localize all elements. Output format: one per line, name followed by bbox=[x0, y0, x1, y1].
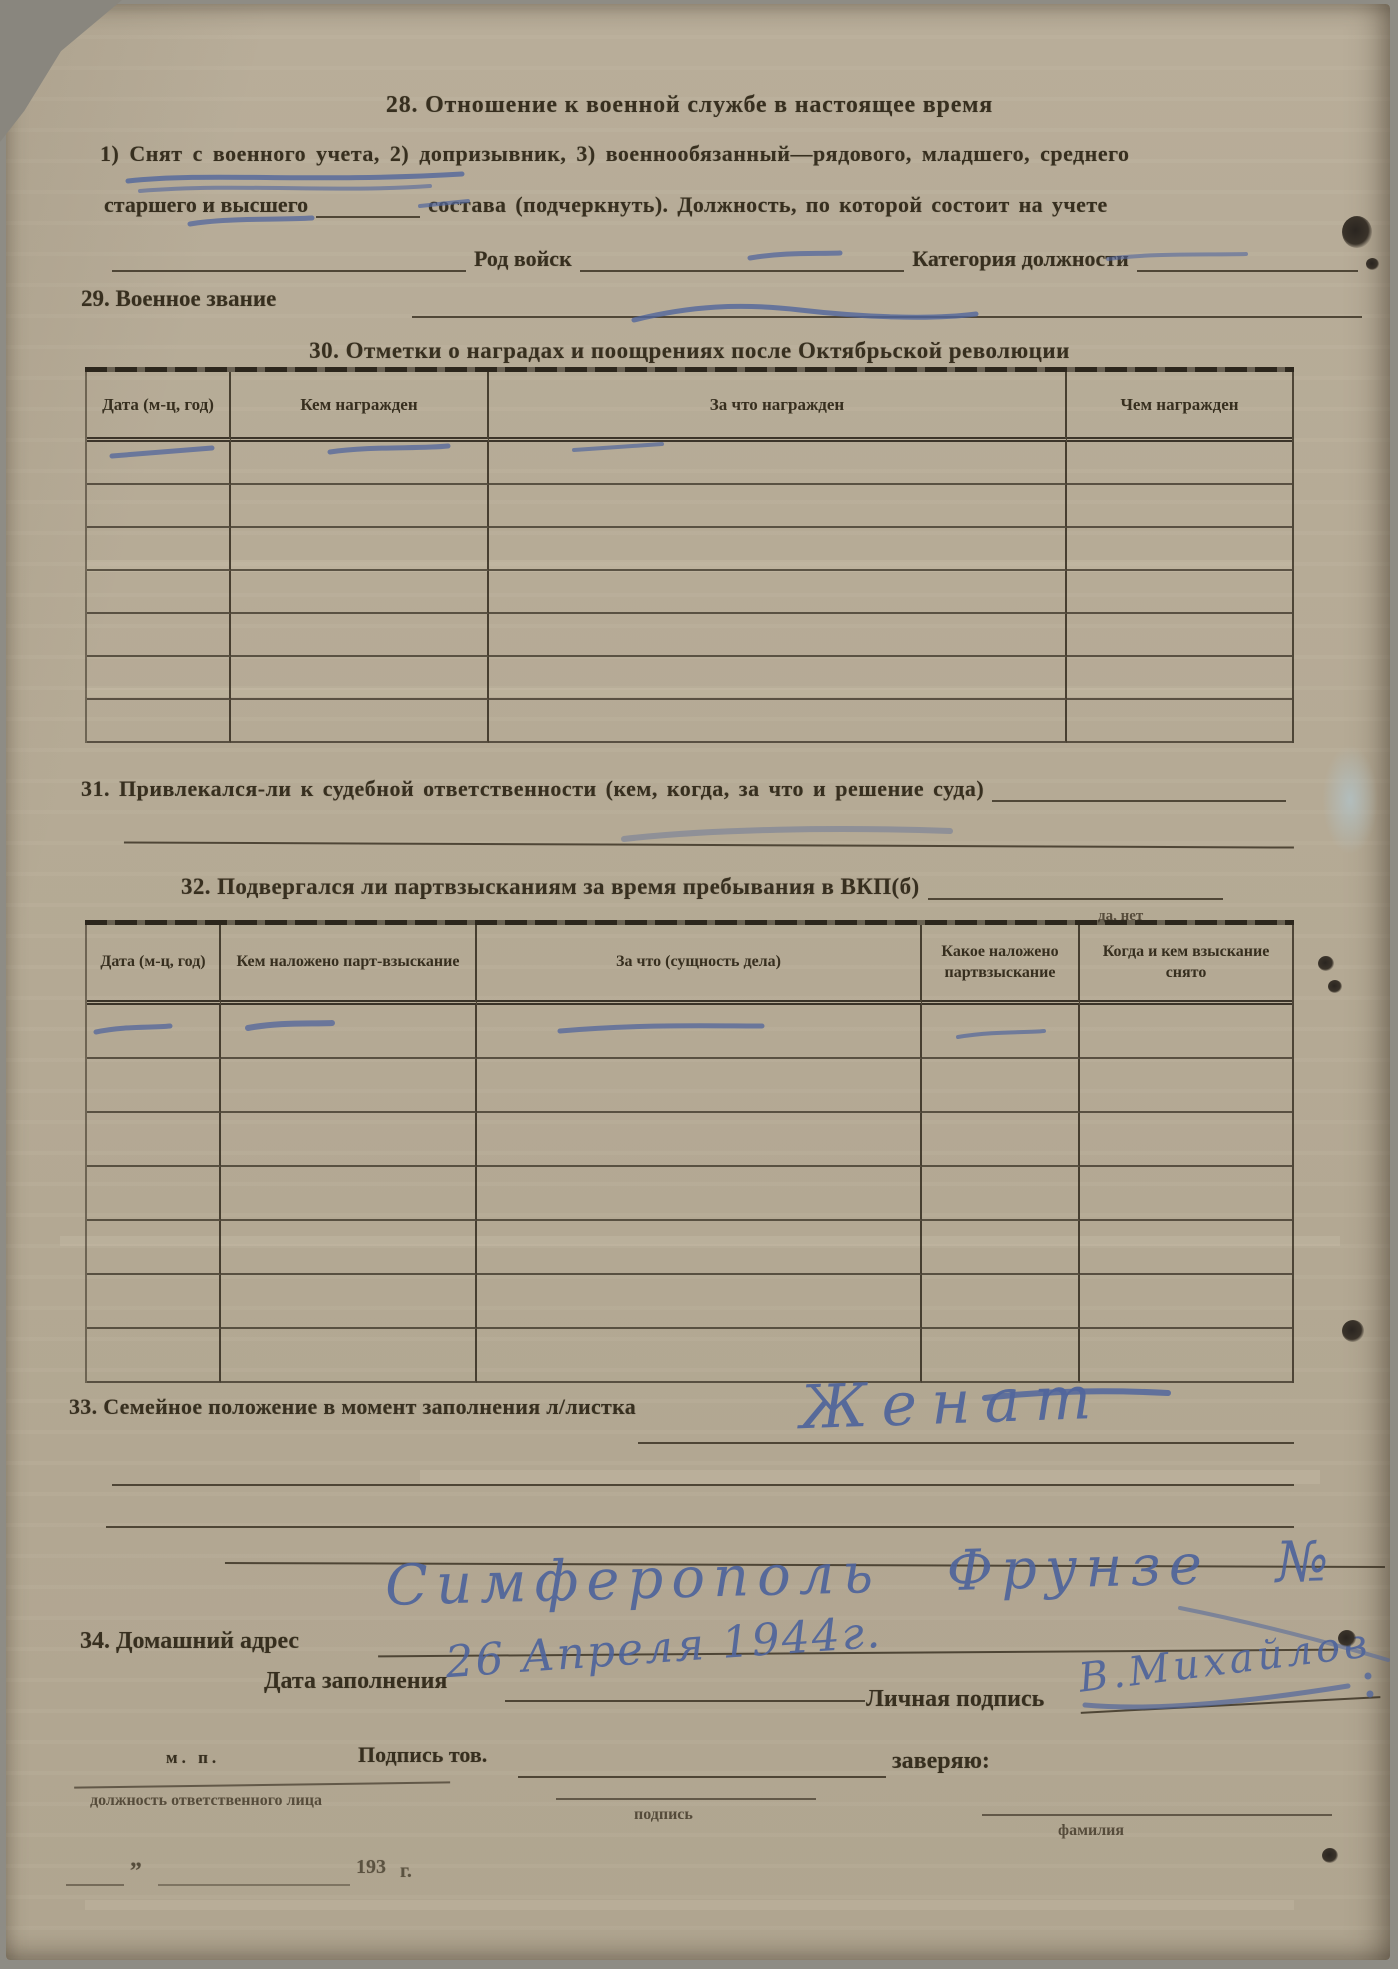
punch-hole bbox=[1338, 1630, 1356, 1647]
t30-col-date: Дата (м-ц, год) bbox=[87, 372, 231, 442]
table-cell bbox=[489, 442, 1067, 485]
table-cell bbox=[922, 1275, 1080, 1329]
table-cell bbox=[1067, 700, 1292, 743]
blank-line bbox=[992, 778, 1286, 802]
section28-line2b: состава (подчеркнуть). Должность, по кот… bbox=[428, 192, 1108, 218]
table-cell bbox=[231, 571, 489, 614]
table-cell bbox=[231, 442, 489, 485]
table-cell bbox=[1067, 657, 1292, 700]
table-cell bbox=[922, 1005, 1080, 1059]
section28-line1: 1) Снят с военного учета, 2) допризывник… bbox=[100, 141, 1130, 167]
table-cell bbox=[231, 614, 489, 657]
table-cell bbox=[221, 1113, 477, 1167]
table-cell bbox=[231, 528, 489, 571]
zaveryayu-label: заверяю: bbox=[892, 1748, 990, 1775]
blank-line bbox=[316, 194, 420, 218]
party-penalty-table: Дата (м-ц, год) Кем наложено парт-взыска… bbox=[85, 925, 1294, 1383]
table-cell bbox=[221, 1059, 477, 1113]
table-cell bbox=[87, 657, 231, 700]
table-cell bbox=[477, 1167, 922, 1221]
table-cell bbox=[477, 1221, 922, 1275]
table-cell bbox=[489, 657, 1067, 700]
familia-hint: фамилия bbox=[1058, 1822, 1124, 1840]
t32-col-date: Дата (м-ц, год) bbox=[87, 925, 221, 1005]
table-cell bbox=[922, 1167, 1080, 1221]
t30-col-with-what: Чем награжден bbox=[1067, 372, 1292, 442]
table-cell bbox=[87, 571, 231, 614]
section33-label: 33. Семейное положение в момент заполнен… bbox=[69, 1394, 636, 1420]
table-cell bbox=[221, 1005, 477, 1059]
table-cell bbox=[922, 1113, 1080, 1167]
table-cell bbox=[87, 1167, 221, 1221]
table-cell bbox=[1080, 1167, 1292, 1221]
table-cell bbox=[1067, 485, 1292, 528]
section28-title: 28. Отношение к военной службе в настоящ… bbox=[85, 92, 1294, 119]
table-cell bbox=[87, 1113, 221, 1167]
table-cell bbox=[1067, 571, 1292, 614]
blank-line bbox=[66, 1862, 124, 1886]
scanned-form-page: { "page": { "colors": { "ink": "#372f1f"… bbox=[0, 0, 1398, 1969]
table-cell bbox=[489, 614, 1067, 657]
marital-status-handwriting: Женат bbox=[799, 1363, 1106, 1444]
blank-line bbox=[518, 1752, 886, 1778]
table-cell bbox=[922, 1059, 1080, 1113]
table-cell bbox=[87, 614, 231, 657]
podpis-hint: подпись bbox=[634, 1806, 693, 1824]
t32-col-reason: За что (сущность дела) bbox=[477, 925, 922, 1005]
blank-line bbox=[158, 1862, 350, 1886]
table-cell bbox=[922, 1221, 1080, 1275]
table-cell bbox=[221, 1167, 477, 1221]
section29-label: 29. Военное звание bbox=[81, 286, 276, 312]
t32-col-imposed-by: Кем наложено парт-взыскание bbox=[221, 925, 477, 1005]
personal-signature-label: Личная подпись bbox=[866, 1686, 1044, 1713]
blank-line bbox=[1137, 248, 1358, 272]
table-cell bbox=[1080, 1329, 1292, 1383]
blank-line bbox=[580, 248, 905, 272]
table-cell bbox=[477, 1005, 922, 1059]
table-cell bbox=[231, 657, 489, 700]
table-cell bbox=[87, 1275, 221, 1329]
t30-col-by-whom: Кем награжден bbox=[231, 372, 489, 442]
table-cell bbox=[1080, 1113, 1292, 1167]
section31-label: 31. Привлекался-ли к судебной ответствен… bbox=[81, 776, 984, 802]
blank-line bbox=[106, 1504, 1294, 1528]
punch-hole bbox=[1328, 980, 1342, 993]
kategoria-label: Категория должности bbox=[912, 246, 1128, 272]
table-cell bbox=[221, 1329, 477, 1383]
year-suffix: г. bbox=[400, 1860, 412, 1883]
table-cell bbox=[1080, 1059, 1292, 1113]
table-cell bbox=[1067, 528, 1292, 571]
blank-line bbox=[124, 817, 1294, 848]
table-cell bbox=[1067, 442, 1292, 485]
punch-hole bbox=[1366, 258, 1379, 270]
blank-line bbox=[556, 1776, 816, 1800]
awards-table: Дата (м-ц, год) Кем награжден За что наг… bbox=[85, 372, 1294, 743]
punch-hole bbox=[1342, 216, 1372, 248]
table-cell bbox=[477, 1113, 922, 1167]
blank-line bbox=[112, 248, 466, 272]
table-cell bbox=[87, 700, 231, 743]
punch-hole bbox=[1342, 1320, 1364, 1342]
table-cell bbox=[1080, 1005, 1292, 1059]
punch-hole bbox=[1318, 956, 1334, 971]
t30-col-for-what: За что награжден bbox=[489, 372, 1067, 442]
table-cell bbox=[489, 528, 1067, 571]
blank-line bbox=[928, 876, 1223, 900]
table-cell bbox=[231, 485, 489, 528]
blank-line bbox=[505, 1678, 865, 1702]
section34-label: 34. Домашний адрес bbox=[80, 1628, 299, 1655]
table-cell bbox=[1080, 1221, 1292, 1275]
t32-col-lifted: Когда и кем взыскание снято bbox=[1080, 925, 1292, 1005]
table-cell bbox=[87, 1329, 221, 1383]
section30-title: 30. Отметки о наградах и поощрениях посл… bbox=[85, 338, 1294, 364]
table-cell bbox=[221, 1275, 477, 1329]
fill-date-label: Дата заполнения bbox=[264, 1668, 447, 1695]
table-cell bbox=[87, 485, 231, 528]
quote-mark: „ bbox=[130, 1846, 142, 1873]
table-cell bbox=[489, 700, 1067, 743]
table-cell bbox=[489, 485, 1067, 528]
table-cell bbox=[231, 700, 489, 743]
table-cell bbox=[1067, 614, 1292, 657]
paper-stain bbox=[1322, 745, 1378, 855]
section28-line2a: старшего и высшего bbox=[104, 192, 308, 218]
table-cell bbox=[221, 1221, 477, 1275]
table-cell bbox=[87, 1005, 221, 1059]
table-cell bbox=[477, 1275, 922, 1329]
table-cell bbox=[87, 1221, 221, 1275]
year-prefix: 193 bbox=[356, 1856, 386, 1879]
table-cell bbox=[477, 1059, 922, 1113]
role-hint: должность ответственного лица bbox=[90, 1792, 322, 1810]
rod-voysk-label: Род войск bbox=[474, 246, 572, 272]
blank-line bbox=[412, 292, 1362, 318]
table-cell bbox=[87, 528, 231, 571]
table-cell bbox=[1080, 1275, 1292, 1329]
table-cell bbox=[87, 1059, 221, 1113]
t32-col-which: Какое наложено партвзыскание bbox=[922, 925, 1080, 1005]
punch-hole bbox=[1322, 1848, 1338, 1863]
section32-title: 32. Подвергался ли партвзысканиям за вре… bbox=[181, 874, 920, 900]
blank-line bbox=[982, 1792, 1332, 1816]
table-cell bbox=[489, 571, 1067, 614]
blank-line bbox=[112, 1462, 1294, 1486]
table-cell bbox=[87, 442, 231, 485]
